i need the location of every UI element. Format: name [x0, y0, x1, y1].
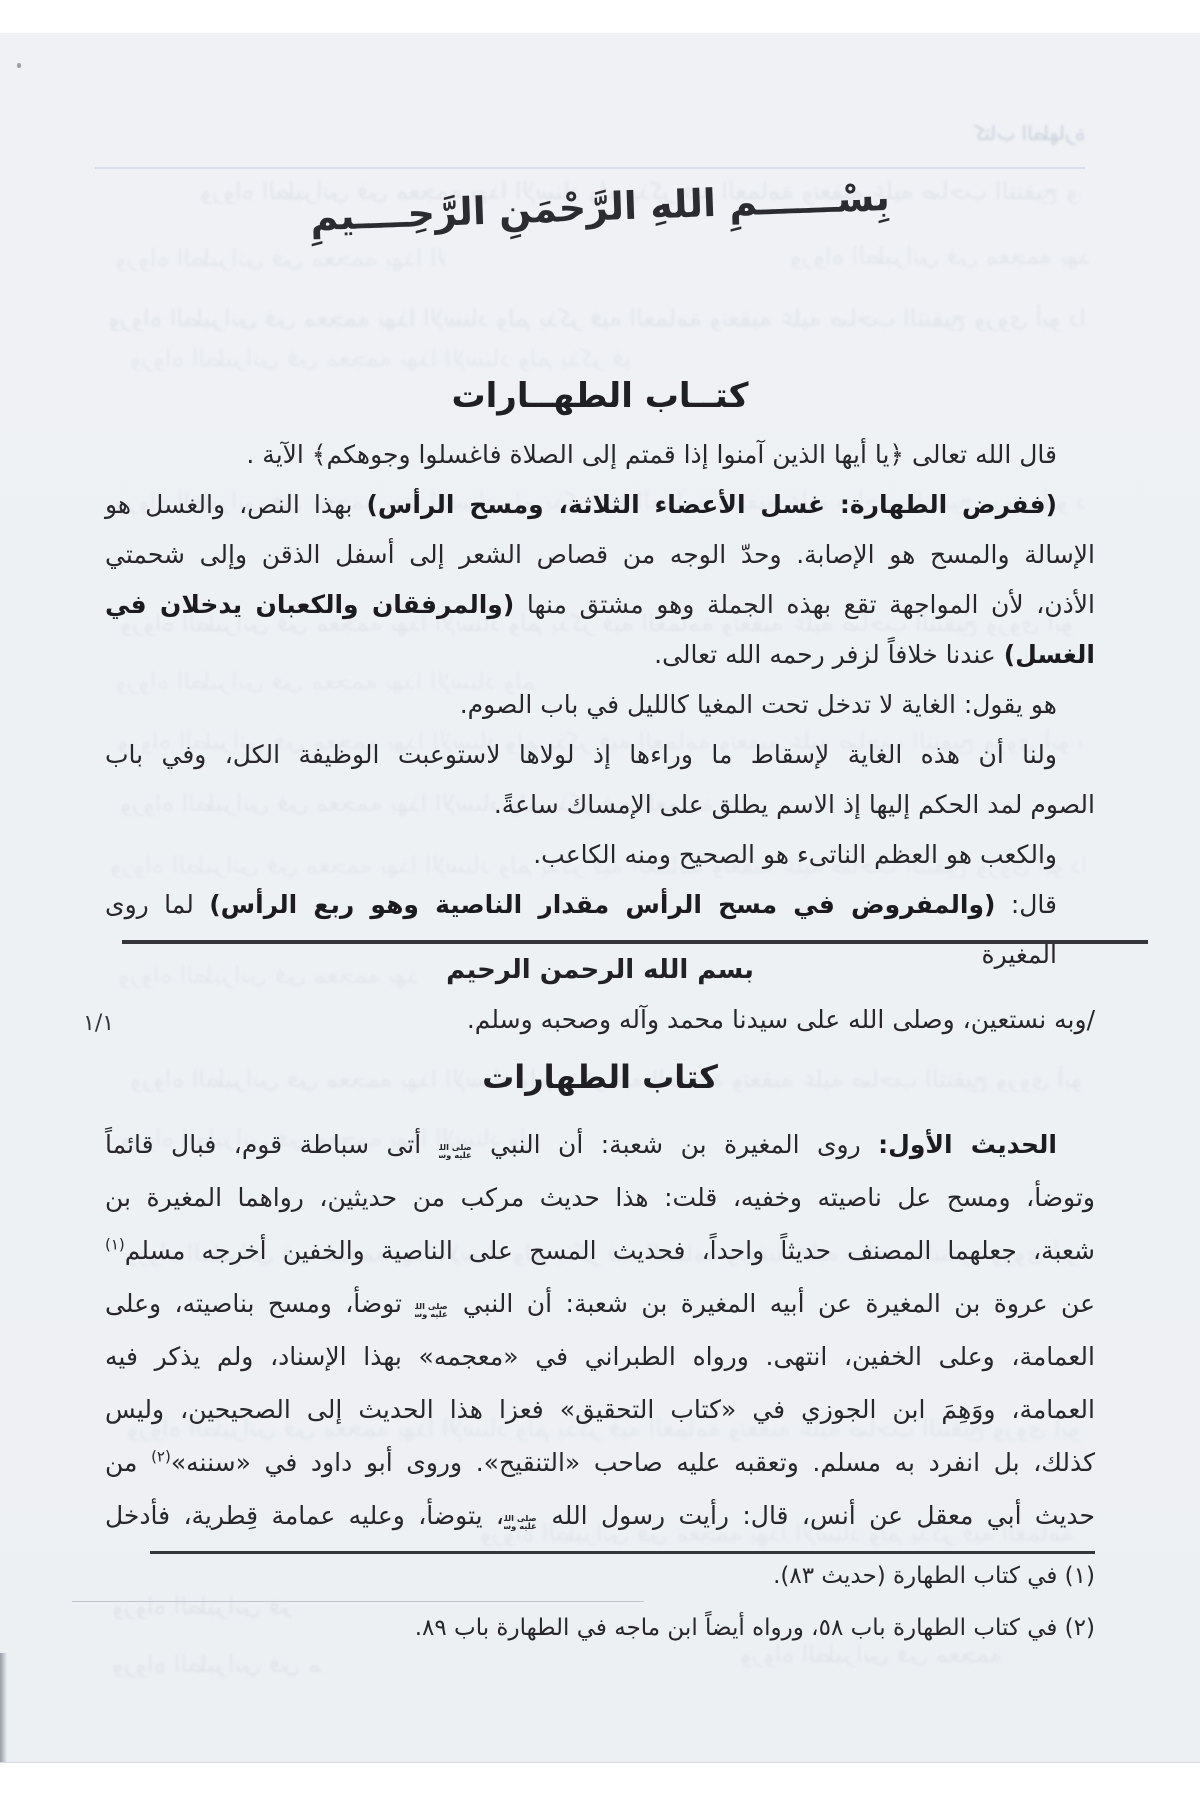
- text-line: الصوم لمد الحكم إليها إذ الاسم يطلق على …: [105, 780, 1095, 830]
- text-line: قال الله تعالى ﴿يا أيها الذين آمنوا إذا …: [105, 430, 1095, 480]
- text-line: كذلك، بل انفرد به مسلم. وتعقبه عليه صاحب…: [105, 1436, 1095, 1489]
- text-line: الأذن، لأن المواجهة تقع بهذه الجملة وهو …: [105, 580, 1095, 630]
- section2-body: الحديث الأول: روى المغيرة بن شعبة: أن ال…: [105, 1118, 1095, 1542]
- text-line: عن عروة بن المغيرة عن أبيه المغيرة بن شع…: [105, 1277, 1095, 1330]
- footnote-2: (٢) في كتاب الطهارة باب ٥٨، ورواه أيضاً …: [105, 1615, 1095, 1641]
- pbuh-ligature: صلى اللهعليه وسلم: [439, 1144, 473, 1160]
- istiana-line: /وبه نستعين، وصلى الله على سيدنا محمد وآ…: [105, 1005, 1095, 1034]
- text-line: العمامة، ووَهِمَ ابن الجوزي في «كتاب الت…: [105, 1383, 1095, 1436]
- section1-body: قال الله تعالى ﴿يا أيها الذين آمنوا إذا …: [105, 430, 1095, 930]
- section-divider-rule: [122, 940, 1148, 944]
- footnote-1: (١) في كتاب الطهارة (حديث ٨٣).: [105, 1563, 1095, 1589]
- running-header-ghost: كتاب الطهارة: [825, 121, 1085, 145]
- text-line: هو يقول: الغاية لا تدخل تحت المغيا كاللي…: [105, 680, 1095, 730]
- bleed-through-text: ورواه الطبراني في معجمه بهذا الإسناد ولم…: [790, 243, 1090, 269]
- bleed-through-text: ورواه الطبراني في معجمه بهذا الإسناد ولم…: [130, 345, 630, 371]
- footnote-divider-rule: [150, 1551, 1095, 1554]
- bleed-through-text: ورواه الطبراني في معجمه بهذا الإسناد ولم…: [112, 1651, 322, 1677]
- text-line: وتوضأ، ومسح عل ناصيته وخفيه، قلت: هذا حد…: [105, 1171, 1095, 1224]
- text-line: والكعب هو العظم الناتىء هو الصحيح ومنه ا…: [105, 830, 1095, 880]
- bleed-through-text: ورواه الطبراني في معجمه بهذا الإسناد ولم…: [740, 1641, 1000, 1667]
- text-line: حديث أبي معقل عن أنس، قال: رأيت رسول الل…: [105, 1489, 1095, 1542]
- section1-title: كتــاب الطهــارات: [0, 376, 1200, 416]
- bleed-through-text: ورواه الطبراني في معجمه بهذا الإسناد ولم…: [108, 305, 1088, 331]
- text-line: قال: (والمفروض في مسح الرأس مقدار الناصي…: [105, 880, 1095, 930]
- bleed-through-text: ورواه الطبراني في معجمه بهذا الإسناد ولم…: [115, 245, 445, 271]
- text-line: الإسالة والمسح هو الإصابة. وحدّ الوجه من…: [105, 530, 1095, 580]
- text-line: ولنا أن هذه الغاية لإسقاط ما وراءها إذ ل…: [105, 730, 1095, 780]
- page-left-edge-shadow: [0, 1653, 7, 1762]
- scan-speck: [17, 63, 21, 68]
- text-line: الحديث الأول: روى المغيرة بن شعبة: أن ال…: [105, 1118, 1095, 1171]
- header-rule: [95, 167, 1085, 169]
- pbuh-ligature: صلى اللهعليه وسلم: [504, 1515, 538, 1531]
- basmala-calligraphy: بِسْــــــمِ اللهِ الرَّحْمَنِ الرَّحِــ…: [0, 164, 1200, 250]
- scanned-book-page: { "page": { "header_ghost": "كتاب الطهار…: [0, 0, 1200, 1800]
- text-line: الغسل) عندنا خلافاً لزفر رحمه الله تعالى…: [105, 630, 1095, 680]
- section2-title: كتاب الطهارات: [0, 1058, 1200, 1096]
- pbuh-ligature: صلى اللهعليه وسلم: [415, 1303, 449, 1319]
- text-line: شعبة، جعلهما المصنف حديثاً واحداً، فحديث…: [105, 1224, 1095, 1277]
- footnote-hairline: [72, 1601, 644, 1602]
- text-line: (ففرض الطهارة: غسل الأعضاء الثلاثة، ومسح…: [105, 480, 1095, 530]
- text-line: العمامة، وعلى الخفين، انتهى. ورواه الطبر…: [105, 1330, 1095, 1383]
- scanned-page-background: ورواه الطبراني في معجمه بهذا الإسناد ولم…: [0, 33, 1200, 1763]
- folio-margin-marker: ١/١: [83, 1011, 114, 1036]
- section2-basmala: بسم الله الرحمن الرحيم: [0, 955, 1200, 985]
